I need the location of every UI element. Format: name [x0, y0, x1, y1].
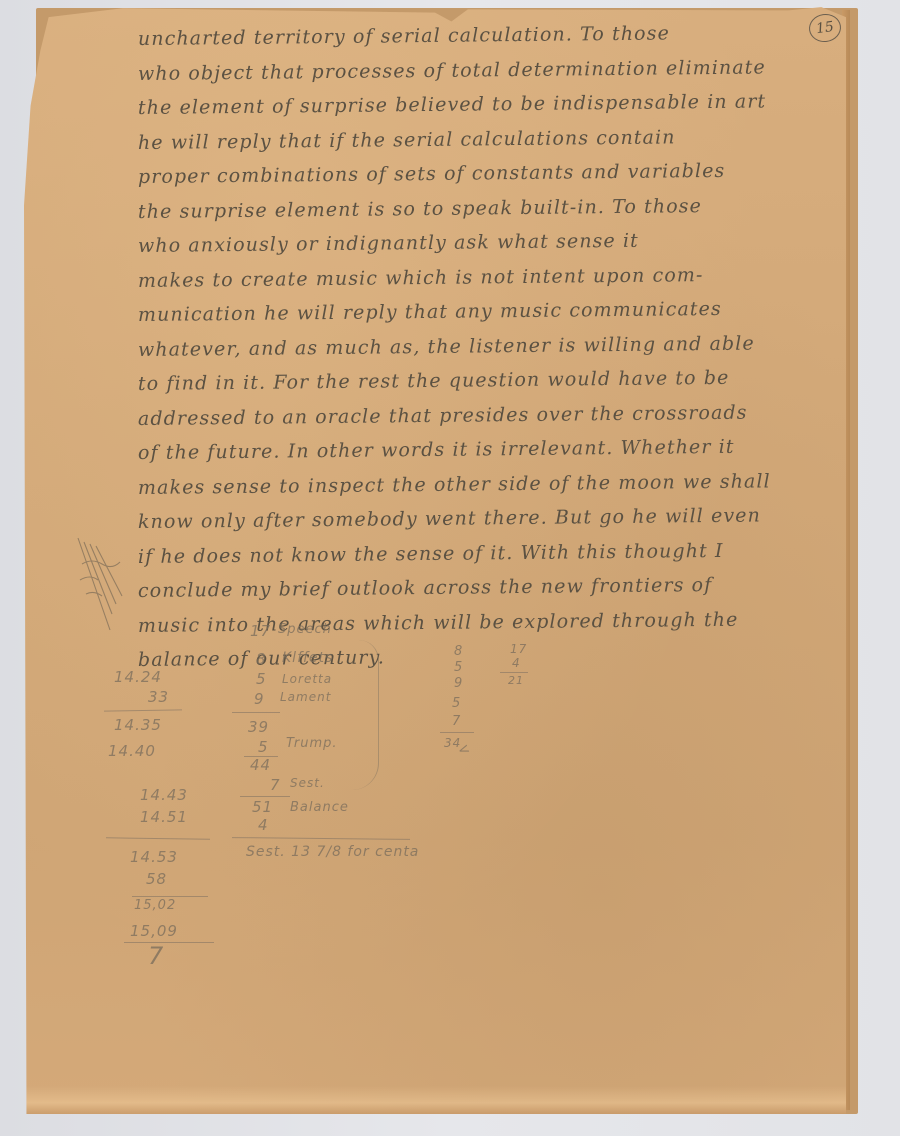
time-entry: 14.40: [108, 742, 156, 760]
time-entry: 7: [148, 942, 164, 970]
bracket-mark: [352, 640, 379, 790]
time-entry: 14.51: [140, 808, 188, 826]
tally-value: 8: [256, 650, 267, 668]
time-entry: 15,09: [130, 922, 178, 940]
text-line: balance of our century.: [138, 636, 838, 678]
tally-value: 4: [258, 816, 269, 834]
tally-value: 5: [258, 738, 269, 756]
sum-b-entry: 4: [512, 656, 521, 670]
tally-label: Klffets: [282, 650, 333, 666]
tally-value: 5: [256, 670, 267, 688]
tally-value: 39: [248, 718, 269, 736]
time-entry: 14.43: [140, 786, 188, 804]
tally-value: 44: [250, 756, 271, 774]
tally-label: Balance: [290, 800, 349, 815]
tally-label: Speech: [278, 622, 332, 637]
time-entry: 14.24: [114, 668, 162, 686]
sum-b-entry: 21: [508, 674, 524, 687]
crossed-out-margin-note: [72, 534, 132, 634]
sum-rule: [232, 712, 280, 713]
tally-label: Lament: [280, 690, 331, 704]
footer-note: Sest. 13 7/8 for centa: [246, 844, 419, 860]
time-entry: 58: [146, 870, 167, 888]
sum-rule: [440, 732, 474, 733]
time-entry: 15,02: [134, 898, 176, 913]
tally-value: 51: [252, 798, 273, 816]
sum-a-entry: 5: [454, 660, 463, 675]
time-entry: 14.35: [114, 716, 162, 734]
tally-label: Sest.: [290, 776, 325, 790]
time-entry: 33: [148, 688, 169, 706]
time-entry: 14.53: [130, 848, 178, 866]
tally-label: Loretta: [282, 672, 332, 686]
sum-a-entry: 9: [454, 676, 463, 691]
sum-rule: [124, 942, 214, 943]
sum-a-entry: 8: [454, 644, 463, 659]
sum-b-entry: 17: [510, 642, 527, 656]
tally-value: 7: [270, 776, 281, 794]
tally-value: 9: [254, 690, 265, 708]
tally-value: 17: [250, 622, 271, 640]
tally-label: Trump.: [286, 736, 338, 751]
sum-a-entry: 7: [452, 714, 461, 729]
handwritten-body: uncharted territory of serial calculatio…: [138, 22, 838, 678]
sum-a-entry: 5: [452, 696, 461, 711]
